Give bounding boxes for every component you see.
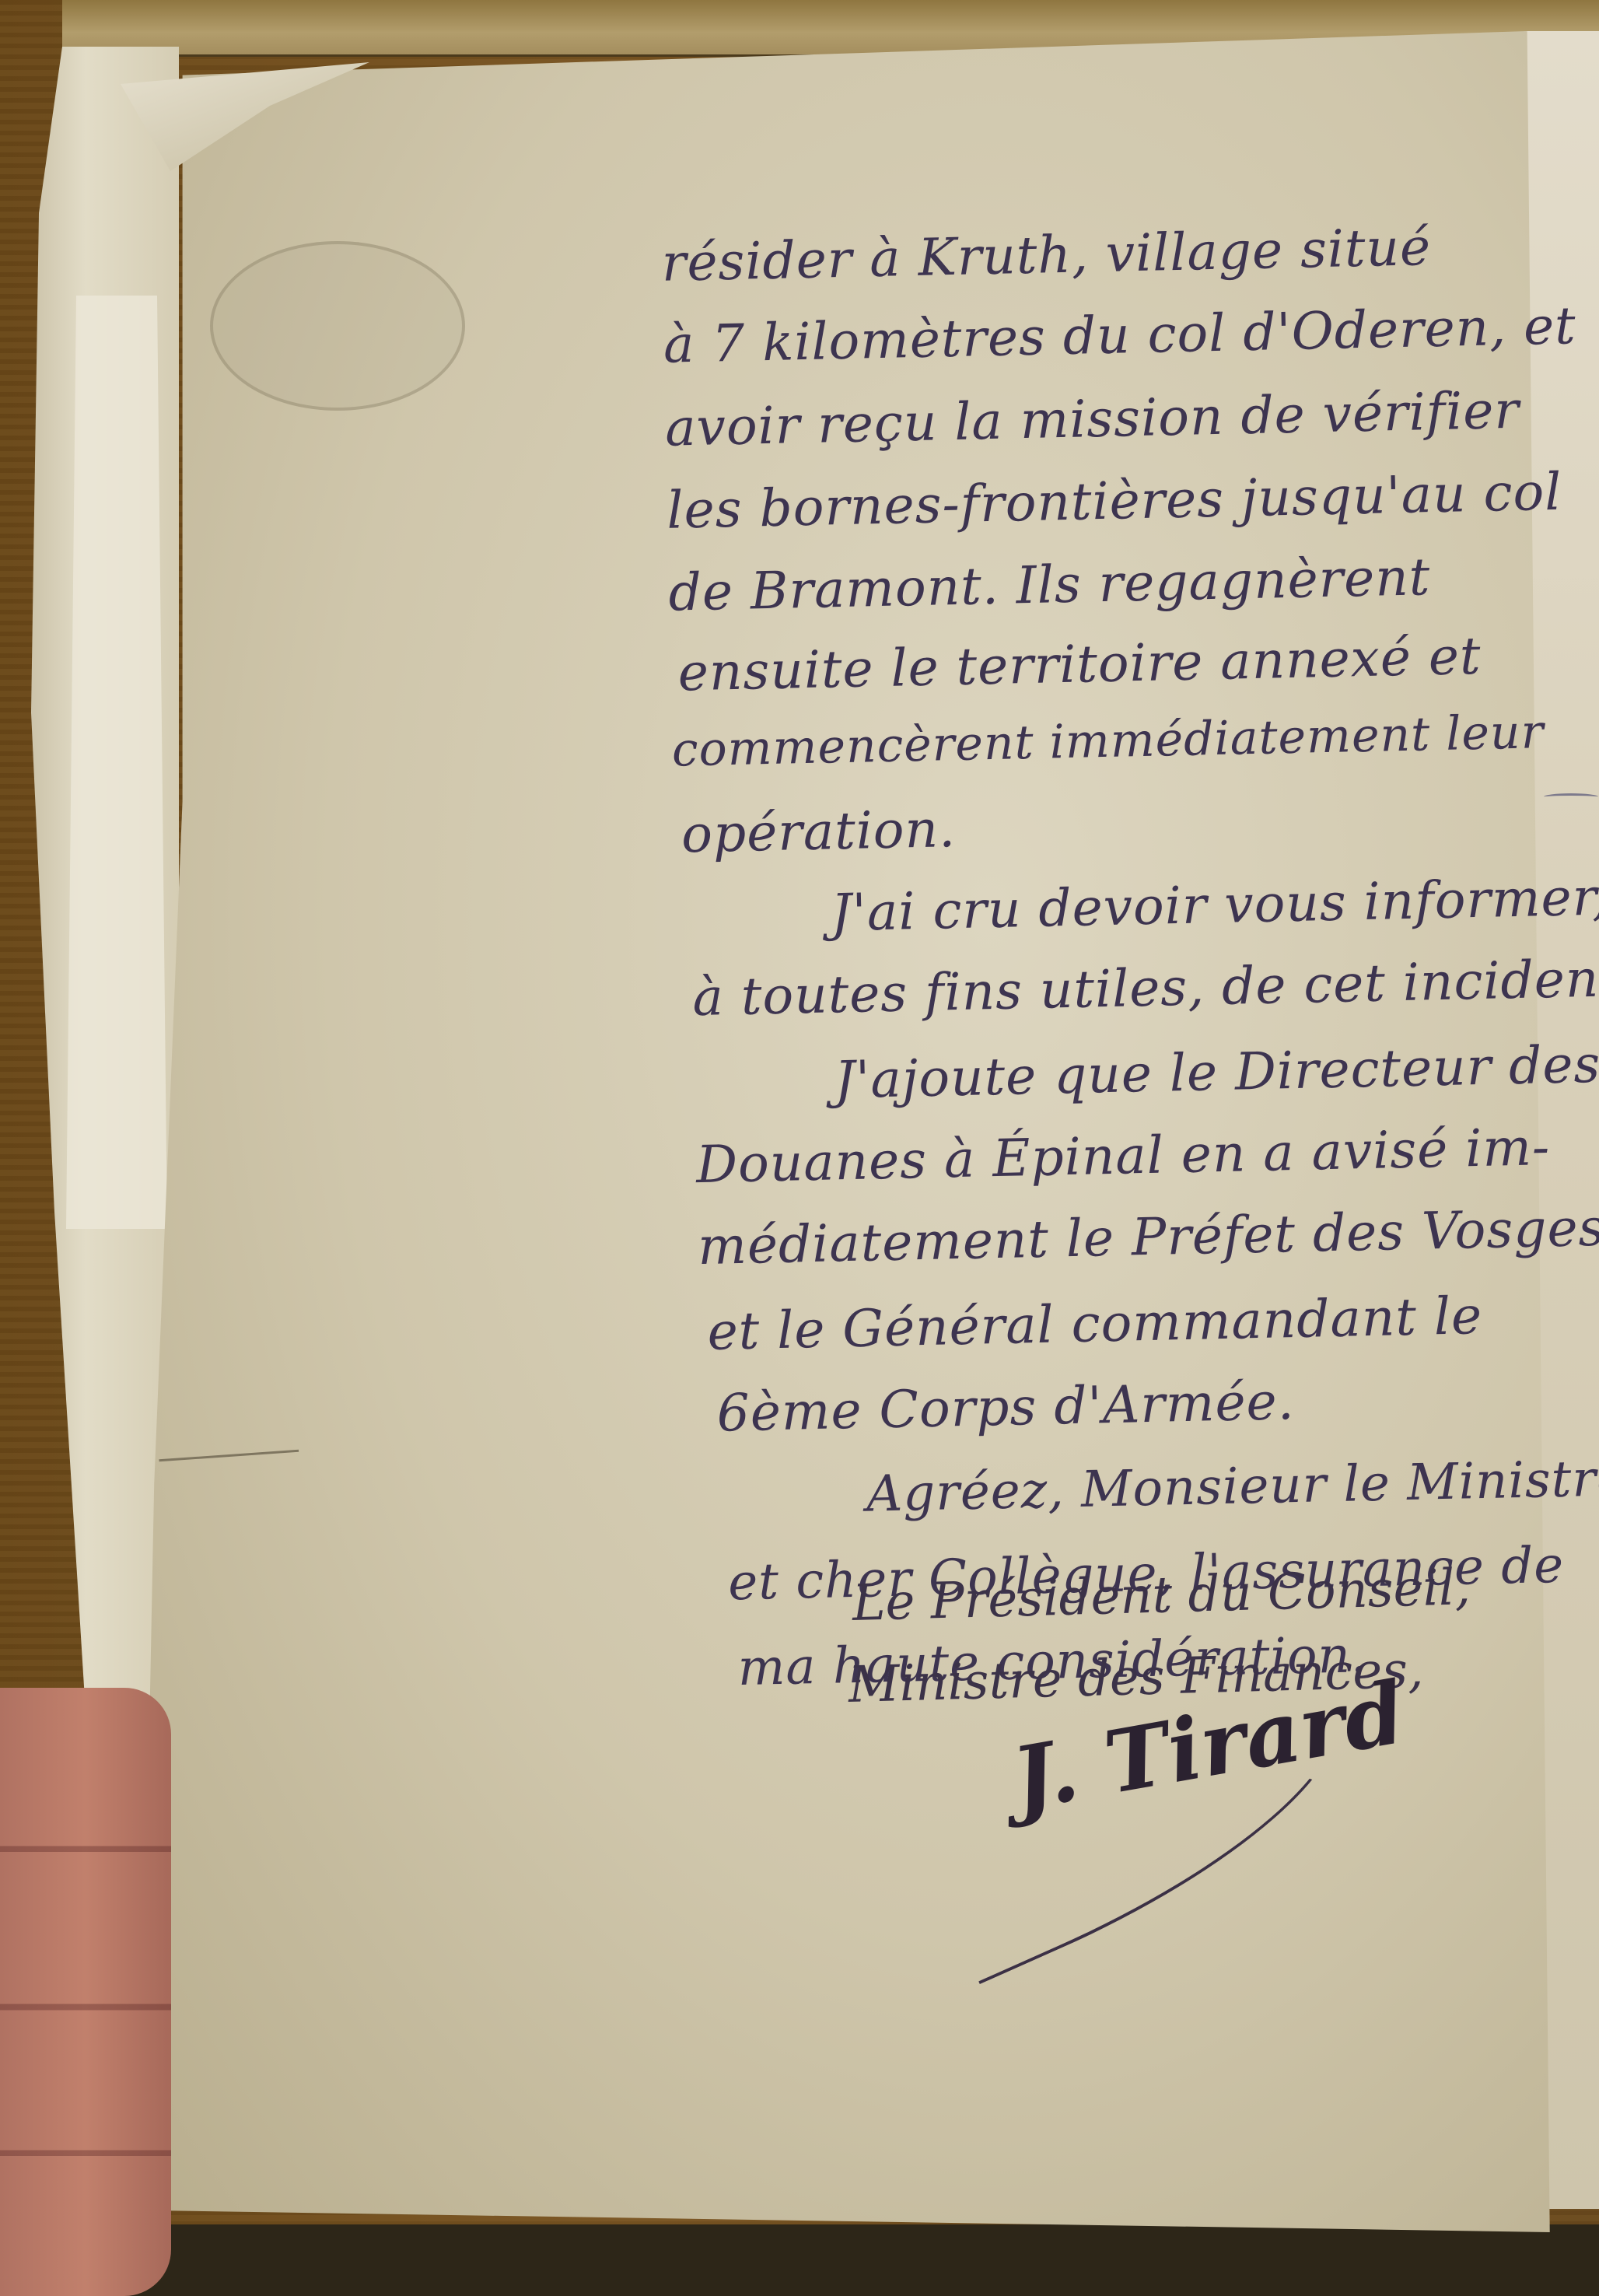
faded-oval-stamp xyxy=(210,241,465,411)
holding-hand xyxy=(0,1688,171,2296)
bottom-shadow xyxy=(0,2224,1599,2296)
body-line: opération. xyxy=(681,799,956,864)
underlying-page-ink-mark xyxy=(1544,793,1598,800)
body-line: 6ème Corps d'Armée. xyxy=(716,1371,1295,1444)
paper-stack-left-inner-sheet xyxy=(66,296,167,1229)
